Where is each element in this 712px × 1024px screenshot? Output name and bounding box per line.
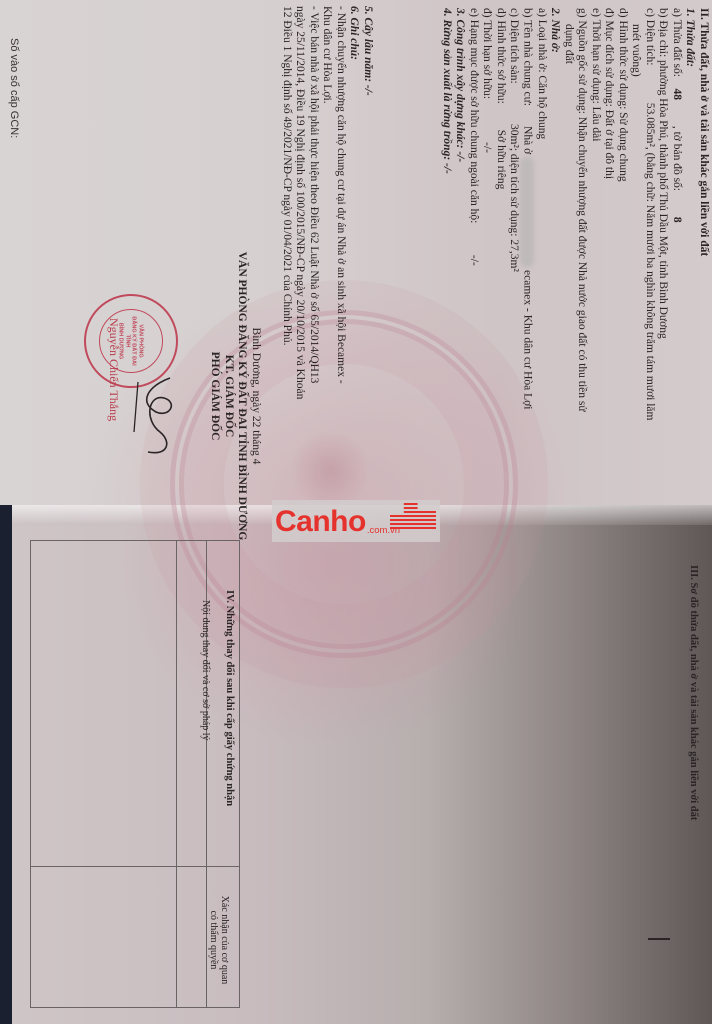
signature-block: Bình Dương, ngày 22 tháng 4 VĂN PHÒNG ĐĂ… [208, 236, 262, 556]
column-authority-confirmation: Xác nhận của cơ quan có thẩm quyền [208, 870, 230, 1010]
address: b) Địa chỉ: phường Hòa Phú, thành phố Th… [656, 8, 670, 728]
section4-heading: IV. Những thay đổi sau khi cấp giấy chứn… [223, 590, 237, 806]
column-authority-line2: có thẩm quyền [208, 870, 219, 1010]
signer-name: Nguyễn Chiến Thắng [107, 318, 121, 518]
ownership-value: Sở hữu riêng [495, 130, 507, 190]
changes-table-column-divider [31, 866, 239, 867]
pen-mark [648, 938, 670, 940]
parcel-label: a) Thửa đất số: [671, 8, 683, 77]
seal-line: ĐĂNG KÝ ĐẤT ĐAI [131, 316, 138, 365]
area-value: 53.085m², (bằng chữ: Năm mươi ba nghìn k… [644, 103, 656, 421]
term-label: đ) Thời hạn sở hữu: [481, 8, 493, 99]
redacted-block [521, 157, 535, 267]
map-sheet-label: , tờ bản đồ số: [671, 126, 683, 191]
area-value-cont: mét vuông) [629, 8, 643, 728]
production-forest: 4. Rừng sản xuất là rừng trồng: -/- [439, 8, 453, 728]
house-name-prefix: Nhà ở [522, 126, 534, 154]
buildings-icon [390, 503, 436, 529]
place-date: Bình Dương, ngày 22 tháng 4 [249, 236, 263, 556]
section-land-and-house: II. Thửa đất, nhà ở và tài sản khác gắn … [439, 8, 710, 728]
note-line: - Nhận chuyển nhượng căn hộ chung cư tại… [334, 6, 348, 746]
seal-line: VĂN PHÒNG [137, 316, 144, 365]
common-items-row: e) Hạng mục được sở hữu chung ngoài căn … [466, 8, 480, 728]
common-items-value: -/- [468, 255, 480, 266]
ownership-row: d) Hình thức sở hữu: Sở hữu riêng [493, 8, 507, 728]
column-authority-line1: Xác nhận của cơ quan [219, 870, 230, 1010]
issuing-office: VĂN PHÒNG ĐĂNG KÝ ĐẤT ĐAI TỈNH BÌNH DƯƠN… [235, 236, 249, 556]
floor-area-label: c) Diện tích sàn: [508, 8, 520, 84]
watermark-brand: Canho [275, 507, 366, 537]
perennial-trees: 5. Cây lâu năm: -/- [361, 6, 375, 746]
house-type: a) Loại nhà ở: Căn hộ chung [535, 8, 549, 728]
area-row: c) Diện tích: 53.085m², (bằng chữ: Năm m… [643, 8, 657, 728]
note-line: ngày 25/11/2014, Điều 19 Nghị định số 10… [293, 6, 307, 746]
note-line: Khu dân cư Hòa Lợi. [320, 6, 334, 746]
floor-area-row: c) Diện tích sàn: 30m²; diện tích sử dụn… [507, 8, 521, 728]
use-origin: g) Nguồn gốc sử dụng: Nhận chuyển nhượng… [575, 8, 589, 728]
house-name-row: b) Tên nhà chung cư: Nhà ở ecamex - Khu … [520, 8, 534, 728]
other-works: 3. Công trình xây dựng khác: -/- [453, 8, 467, 728]
house-name-suffix: ecamex - Khu dân cư Hòa Lợi [522, 270, 534, 409]
house-name-label: b) Tên nhà chung cư: [522, 8, 534, 106]
use-term: e) Thời hạn sử dụng: Lâu dài [589, 8, 603, 728]
note-line: 12 Điều 1 Nghị định số 49/2021/NĐ-CP ngà… [280, 6, 294, 746]
section3-heading: III. Sơ đồ thửa đất, nhà ở và tài sản kh… [687, 565, 701, 820]
notes-title: 6. Ghi chú: [347, 6, 361, 746]
on-behalf-of: KT. GIÁM ĐỐC [222, 236, 236, 556]
common-items-label: e) Hạng mục được sở hữu chung ngoài căn … [468, 8, 480, 223]
area-label: c) Diện tích: [644, 8, 656, 65]
use-purpose: đ) Mục đích sử dụng: Đất ở tại đô thị [602, 8, 616, 728]
map-sheet-number: 8 [671, 217, 683, 223]
ownership-label: d) Hình thức sở hữu: [495, 8, 507, 104]
use-origin-cont: dụng đất [562, 8, 576, 728]
cover-edge [0, 505, 12, 1024]
watermark-logo: Canho .com.vn [272, 500, 440, 542]
parcel-row: a) Thửa đất số: 48 , tờ bản đồ số: 8 [670, 8, 684, 728]
seal-inner-text: VĂN PHÒNG ĐĂNG KÝ ĐẤT ĐAI TỈNH BÌNH DƯƠN… [118, 316, 144, 365]
note-line: - Việc bán nhà ở xã hội phải thực hiện t… [307, 6, 321, 746]
notes-section: 5. Cây lâu năm: -/- 6. Ghi chú: - Nhận c… [280, 6, 375, 746]
term-row: đ) Thời hạn sở hữu: -/- [480, 8, 494, 728]
house-title: 2. Nhà ở: [548, 8, 562, 728]
term-value: -/- [481, 142, 493, 153]
parcel-number: 48 [671, 88, 683, 100]
registry-number-label: Số vào sổ cấp GCN: [7, 38, 21, 138]
use-form: d) Hình thức sử dụng: Sử dụng chung [616, 8, 630, 728]
column-change-content: Nội dung thay đổi và cơ sở pháp lý [199, 600, 213, 741]
signer-title: PHÓ GIÁM ĐỐC [208, 236, 222, 556]
floor-area-value: 30m²; diện tích sử dụng: 27,3m² [508, 124, 520, 272]
